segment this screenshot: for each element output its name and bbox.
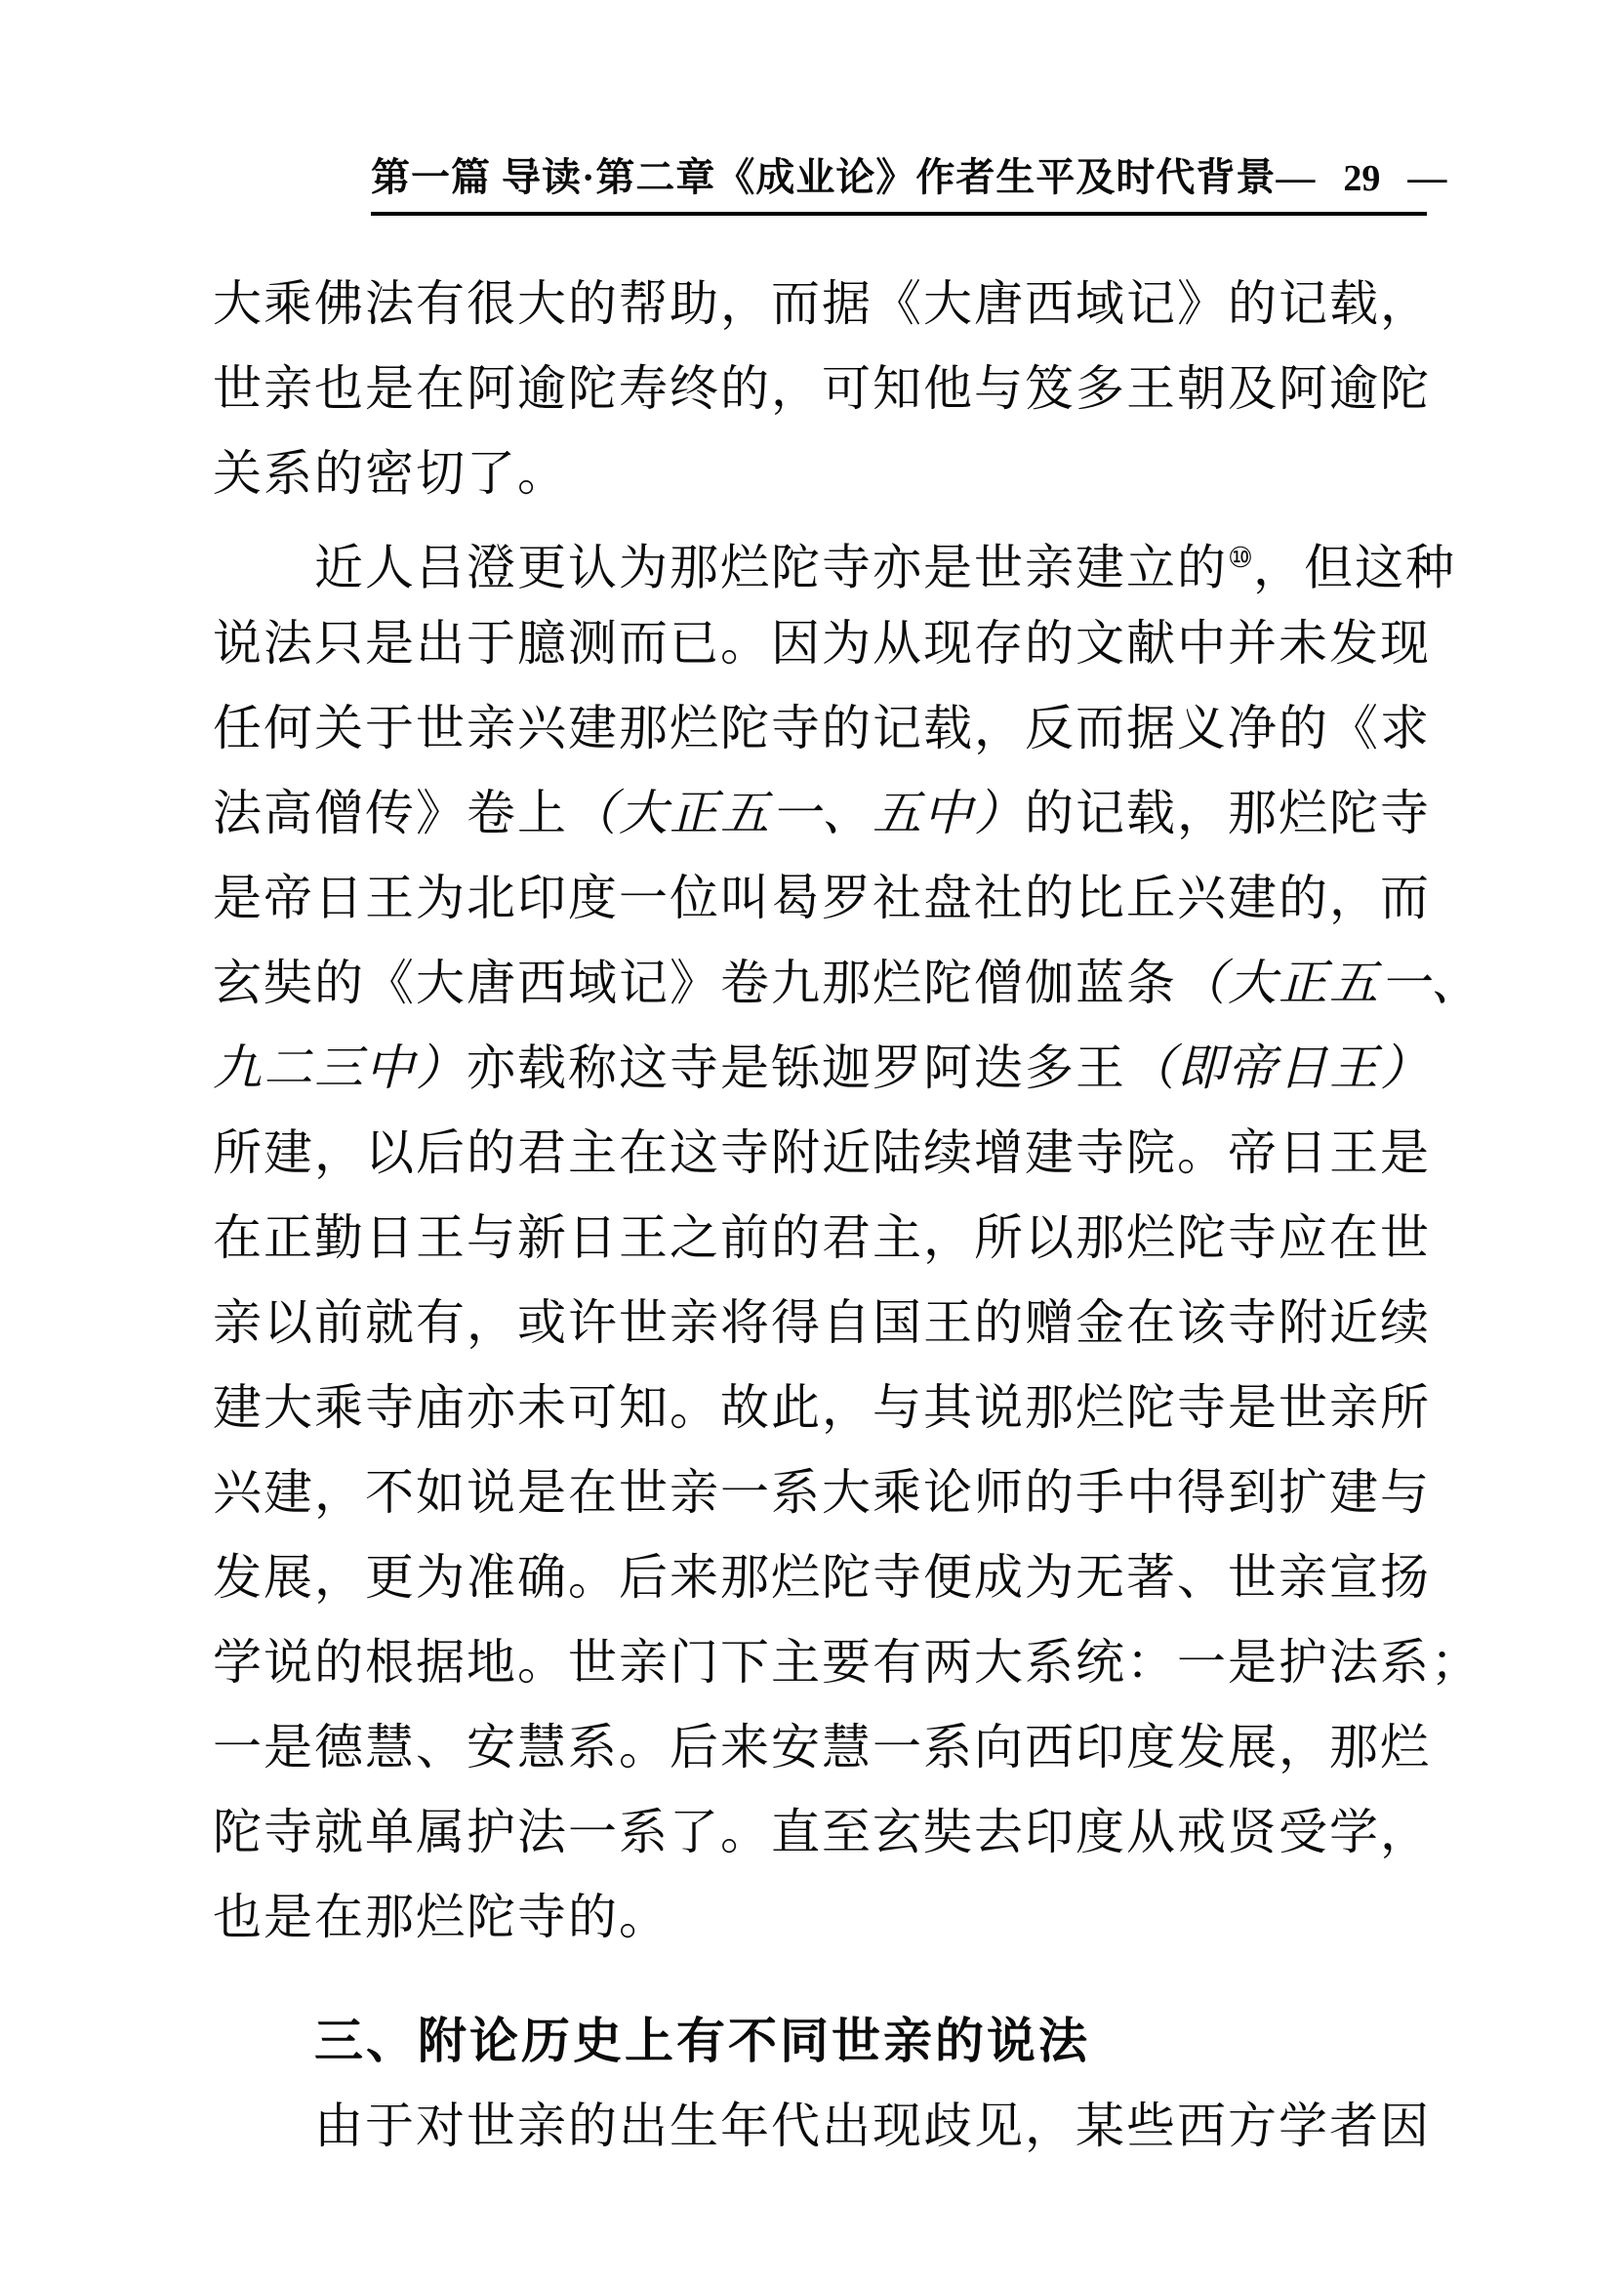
text-segment: 亲以前就有，或许世亲将得自国王的赠金在该寺附近续 [213,1295,1431,1350]
footnote-marker: ⑩ [1228,543,1253,574]
text-segment: 建大乘寺庙亦未可知。故此，与其说那烂陀寺是世亲所 [213,1380,1431,1435]
text-segment: 大乘佛法有很大的帮助，而据《大唐西域记》的记载， [213,276,1431,331]
book-page: 第一篇 导读·第二章《成业论》作者生平及时代背景 — 29 — 大乘佛法有很大的… [0,0,1624,2284]
text-line: 法高僧传》卷上（大正五一、五中）的记载，那烂陀寺 [213,771,1439,856]
text-segment: 也是在那烂陀寺的。 [213,1890,670,1944]
page-number-dash-left: — [1276,154,1316,200]
text-line: 大乘佛法有很大的帮助，而据《大唐西域记》的记载， [213,262,1439,347]
section-heading: 三、附论历史上有不同世亲的说法 [213,1999,1439,2084]
text-line: 关系的密切了。 [213,431,1439,516]
text-segment: 发展，更为准确。后来那烂陀寺便成为无著、世亲宣扬 [213,1550,1431,1605]
text-line: 由于对世亲的出生年代出现歧见，某些西方学者因 [213,2084,1439,2169]
text-segment: （即帝日王） [1126,1040,1431,1095]
text-line: 也是在那烂陀寺的。 [213,1875,1439,1960]
text-segment: 三、附论历史上有不同世亲的说法 [314,2014,1090,2068]
text-line: 玄奘的《大唐西域记》卷九那烂陀僧伽蓝条（大正五一、 [213,941,1439,1026]
text-segment: ，但这种 [1253,541,1456,595]
page-number-dash-right: — [1407,154,1447,200]
text-segment: （大正五一、 [1177,956,1482,1010]
text-segment: 九二三中） [213,1040,467,1095]
text-segment: 法高僧传》卷上 [213,786,568,840]
page-number: 29 [1343,157,1380,200]
text-line: 一是德慧、安慧系。后来安慧一系向西印度发展，那烂 [213,1705,1439,1790]
text-segment: 任何关于世亲兴建那烂陀寺的记载，反而据义净的《求 [213,701,1431,755]
text-segment: （大正五一、五中） [568,786,1025,840]
text-line: 说法只是出于臆测而已。因为从现存的文献中并未发现 [213,601,1439,686]
text-line: 在正勤日王与新日王之前的君主，所以那烂陀寺应在世 [213,1196,1439,1281]
body-text: 大乘佛法有很大的帮助，而据《大唐西域记》的记载，世亲也是在阿逾陀寿终的，可知他与… [213,262,1439,2169]
running-header: 第一篇 导读·第二章《成业论》作者生平及时代背景 — 29 — [371,146,1427,216]
text-line: 兴建，不如说是在世亲一系大乘论师的手中得到扩建与 [213,1450,1439,1535]
text-line: 亲以前就有，或许世亲将得自国王的赠金在该寺附近续 [213,1281,1439,1366]
text-segment: 说法只是出于臆测而已。因为从现存的文献中并未发现 [213,616,1431,671]
text-line: 九二三中）亦载称这寺是铄迦罗阿迭多王（即帝日王） [213,1026,1439,1111]
page-number-group: — 29 — [1276,154,1447,200]
text-line: 学说的根据地。世亲门下主要有两大系统：一是护法系； [213,1620,1439,1705]
text-segment: 玄奘的《大唐西域记》卷九那烂陀僧伽蓝条 [213,956,1177,1010]
text-segment: 关系的密切了。 [213,446,568,501]
text-line: 所建，以后的君主在这寺附近陆续增建寺院。帝日王是 [213,1111,1439,1196]
text-segment: 近人吕澄更认为那烂陀寺亦是世亲建立的 [314,541,1228,595]
text-segment: 一是德慧、安慧系。后来安慧一系向西印度发展，那烂 [213,1720,1431,1774]
text-segment: 学说的根据地。世亲门下主要有两大系统：一是护法系； [213,1635,1482,1690]
text-segment: 兴建，不如说是在世亲一系大乘论师的手中得到扩建与 [213,1465,1431,1520]
text-line: 是帝日王为北印度一位叫曷罗社盘社的比丘兴建的，而 [213,856,1439,941]
text-line: 近人吕澄更认为那烂陀寺亦是世亲建立的⑩，但这种 [213,516,1439,601]
text-segment: 陀寺就单属护法一系了。直至玄奘去印度从戒贤受学， [213,1805,1431,1859]
text-segment: 是帝日王为北印度一位叫曷罗社盘社的比丘兴建的，而 [213,871,1431,925]
text-line: 世亲也是在阿逾陀寿终的，可知他与笈多王朝及阿逾陀 [213,347,1439,431]
text-line: 发展，更为准确。后来那烂陀寺便成为无著、世亲宣扬 [213,1535,1439,1620]
running-header-title: 第一篇 导读·第二章《成业论》作者生平及时代背景 [371,146,1276,202]
text-segment: 的记载，那烂陀寺 [1025,786,1431,840]
text-segment: 所建，以后的君主在这寺附近陆续增建寺院。帝日王是 [213,1125,1431,1180]
text-line: 建大乘寺庙亦未可知。故此，与其说那烂陀寺是世亲所 [213,1366,1439,1450]
text-segment: 世亲也是在阿逾陀寿终的，可知他与笈多王朝及阿逾陀 [213,361,1431,416]
text-segment: 亦载称这寺是铄迦罗阿迭多王 [467,1040,1126,1095]
text-line: 陀寺就单属护法一系了。直至玄奘去印度从戒贤受学， [213,1790,1439,1875]
text-segment: 由于对世亲的出生年代出现歧见，某些西方学者因 [314,2099,1431,2153]
text-line: 任何关于世亲兴建那烂陀寺的记载，反而据义净的《求 [213,686,1439,771]
text-segment: 在正勤日王与新日王之前的君主，所以那烂陀寺应在世 [213,1210,1431,1265]
